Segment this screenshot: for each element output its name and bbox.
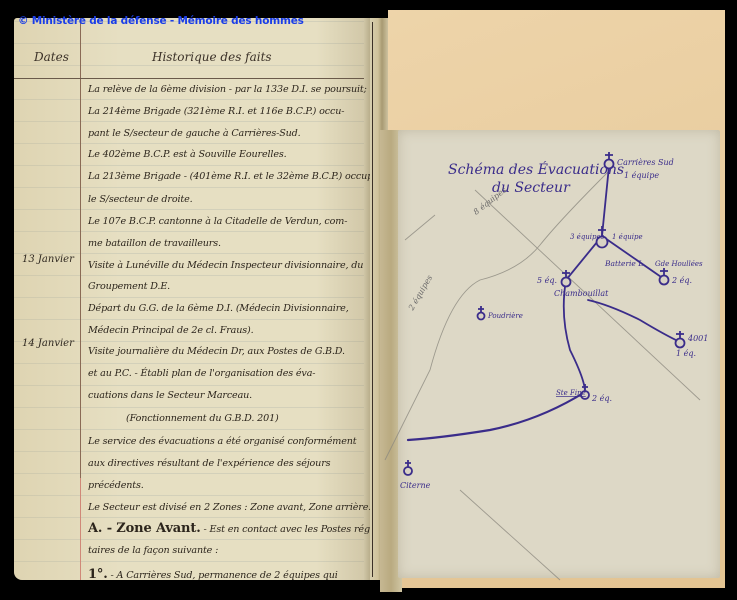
- label-chambouillat: Chambouillat: [554, 289, 609, 298]
- history-line: Le service des évacuations a été organis…: [88, 436, 356, 447]
- node-4001-icon: [676, 331, 685, 348]
- history-line: La relève de la 6ème division - par la 1…: [88, 84, 367, 95]
- node-citerne-icon: [404, 460, 412, 475]
- history-line: me bataillon de travailleurs.: [88, 238, 221, 249]
- history-line: Le 402ème B.C.P. est à Souville Eourelle…: [88, 149, 287, 160]
- ledger-page-left: Dates Historique des faits 13 Janvier 14…: [14, 18, 370, 580]
- label-gde-houllees: Gde Houllées: [655, 260, 703, 268]
- label-poudriere: Poudrière: [487, 312, 523, 320]
- watermark-copyright: © Ministère de la défense - Mémoire des …: [18, 15, 304, 27]
- margin-rule-red: [80, 478, 81, 580]
- map-subtitle: du Secteur: [492, 180, 571, 196]
- history-line: aux directives résultant de l'expérience…: [88, 458, 330, 469]
- column-header-dates: Dates: [34, 50, 69, 64]
- label-gde-houllees-eq: 2 éq.: [671, 276, 692, 285]
- date-entry: 14 Janvier: [22, 338, 74, 349]
- label-carrieres-sud-equipe: 1 équipe: [624, 171, 659, 180]
- zone-avant-line: A. - Zone Avant. - Est en contact avec l…: [88, 521, 370, 536]
- history-line: Visite journalière du Médecin Dr, aux Po…: [88, 346, 345, 357]
- numbered-item-line: 1°. - A Carrières Sud, permanence de 2 é…: [88, 567, 338, 580]
- header-rule: [14, 78, 370, 79]
- history-subheading: (Fonctionnement du G.B.D. 201): [126, 413, 279, 424]
- map-nodes: [404, 152, 685, 475]
- history-line: Le Secteur est divisé en 2 Zones : Zone …: [88, 502, 370, 513]
- node-gde-houllees-icon: [660, 268, 669, 285]
- label-batterie-right: 1 équipe: [612, 233, 643, 241]
- history-line: cuations dans le Secteur Marceau.: [88, 390, 252, 401]
- history-line: La 213ème Brigade - (401ème R.I. et le 3…: [88, 171, 370, 182]
- history-line: taires de la façon suivante :: [88, 545, 218, 556]
- history-line: et au P.C. - Établi plan de l'organisati…: [88, 368, 315, 379]
- history-line: précédents.: [88, 480, 144, 491]
- label-chambouillat-eq: 5 éq.: [537, 276, 557, 285]
- evacuation-routes: [408, 166, 680, 440]
- history-line: Visite à Lunéville du Médecin Inspecteur…: [88, 260, 363, 271]
- history-line: pant le S/secteur de gauche à Carrières-…: [88, 128, 301, 139]
- label-citerne: Citerne: [400, 481, 431, 490]
- node-poudriere-icon: [478, 306, 485, 320]
- history-line: Médecin Principal de 2e cl. Fraus).: [88, 325, 254, 336]
- label-batterie: Batterie L.: [604, 259, 646, 268]
- map-title: Schéma des Évacuations: [448, 160, 624, 178]
- history-line: le S/secteur de droite.: [88, 194, 193, 205]
- date-entry: 13 Janvier: [22, 254, 74, 265]
- zone-avant-heading: A. - Zone Avant.: [88, 521, 201, 536]
- label-ste-fine-eq: 2 éq.: [591, 394, 612, 403]
- label-batterie-left: 3 équipes: [570, 233, 605, 241]
- column-header-history: Historique des faits: [152, 50, 272, 64]
- label-ste-fine: Ste Fine: [556, 389, 586, 397]
- label-4001-eq: 1 éq.: [676, 349, 696, 358]
- node-carrieres-sud-icon: [605, 152, 614, 169]
- evacuation-map-diagram: 8 équipes 2 équipes Schéma des Évacuatio…: [380, 130, 720, 590]
- history-line: Le 107e B.C.P. cantonne à la Citadelle d…: [88, 216, 347, 227]
- pencil-guidelines: [385, 170, 700, 580]
- pencil-label-2-equipes: 2 équipes: [406, 274, 434, 313]
- label-carrieres-sud: Carrières Sud: [617, 158, 674, 167]
- history-line: Groupement D.E.: [88, 281, 170, 292]
- history-line: La 214ème Brigade (321ème R.I. et 116e B…: [88, 106, 344, 117]
- history-line: Départ du G.G. de la 6ème D.I. (Médecin …: [88, 303, 349, 314]
- label-4001: 4001: [687, 334, 708, 343]
- node-chambouillat-icon: [562, 270, 571, 287]
